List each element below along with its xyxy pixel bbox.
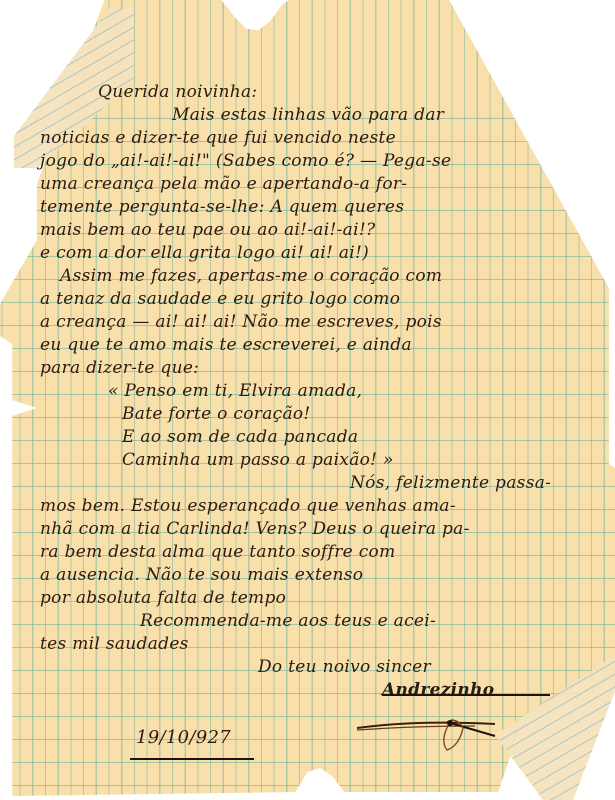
body-line: noticias e dizer-te que fui vencido nest…: [40, 128, 396, 148]
signature: Andrezinho: [382, 680, 494, 700]
closing-line: Recommenda-me aos teus e acei-: [140, 611, 436, 631]
signature-underline: [382, 694, 550, 696]
signature-flourish-icon: [355, 700, 515, 760]
closing-line: mos bem. Estou esperançado que venhas am…: [40, 496, 456, 516]
body-line: a creança — ai! ai! ai! Não me escreves,…: [40, 312, 442, 332]
body-line: para dizer-te que:: [40, 358, 199, 378]
salutation: Querida noivinha:: [98, 82, 257, 102]
closing-line: ra bem desta alma que tanto soffre com: [40, 542, 396, 562]
letter-text: Querida noivinha: Mais estas linhas vão …: [0, 0, 615, 800]
poem-line: Caminha um passo a paixão! »: [122, 450, 394, 470]
valediction: Do teu noivo sincer: [258, 657, 431, 677]
closing-line: nhã com a tia Carlinda! Vens? Deus o que…: [40, 519, 470, 539]
closing-line: Nós, felizmente passa-: [350, 473, 551, 493]
date: 19/10/927: [136, 728, 231, 748]
body-line: a tenaz da saudade e eu grito logo como: [40, 289, 400, 309]
body-line: mais bem ao teu pae ou ao ai!-ai!-ai!?: [40, 220, 375, 240]
body-line: Mais estas linhas vão para dar: [172, 105, 444, 125]
body-line: jogo do „ai!-ai!-ai!" (Sabes como é? — P…: [40, 151, 451, 171]
body-line: uma creança pela mão e apertando-a for-: [40, 174, 407, 194]
body-line: temente pergunta-se-lhe: A quem queres: [40, 197, 404, 217]
body-line: e com a dor ella grita logo ai! ai! ai!): [40, 243, 369, 263]
body-line: eu que te amo mais te escreverei, e aind…: [40, 335, 412, 355]
poem-line: Bate forte o coração!: [122, 404, 311, 424]
closing-line: a ausencia. Não te sou mais extenso: [40, 565, 363, 585]
closing-line: por absoluta falta de tempo: [40, 588, 286, 608]
date-underline: [130, 758, 254, 760]
body-line: Assim me fazes, apertas-me o coração com: [60, 266, 442, 286]
poem-line: E ao som de cada pancada: [122, 427, 358, 447]
poem-line: « Penso em ti, Elvira amada,: [108, 381, 362, 401]
closing-line: tes mil saudades: [40, 634, 189, 654]
